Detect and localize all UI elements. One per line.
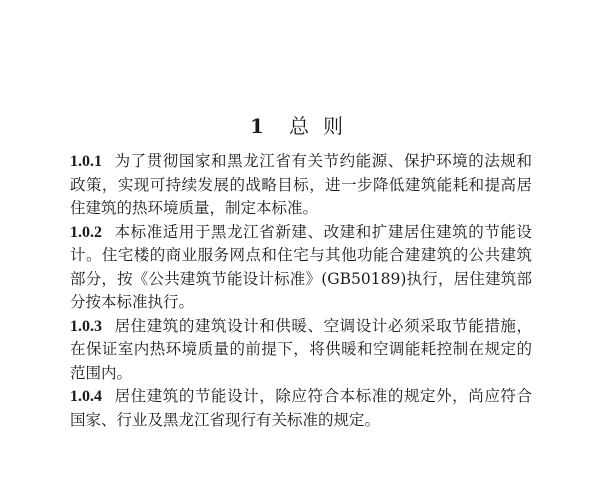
clause-text: 居住建筑的节能设计，除应符合本标准的规定外，尚应符合国家、行业及黑龙江省现行有关…: [70, 387, 532, 429]
document-page: 1总则 1.0.1为了贯彻国家和黑龙江省有关节约能源、保护环境的法规和政策，实现…: [0, 0, 600, 500]
chapter-body: 1.0.1为了贯彻国家和黑龙江省有关节约能源、保护环境的法规和政策，实现可持续发…: [70, 150, 532, 432]
chapter-title-char: 则: [323, 114, 343, 138]
clause-1-0-2: 1.0.2本标准适用于黑龙江省新建、改建和扩建居住建筑的节能设计。住宅楼的商业服…: [70, 221, 532, 315]
chapter-title-char: 总: [289, 114, 309, 138]
clause-1-0-3: 1.0.3居住建筑的建筑设计和供暖、空调设计必须采取节能措施，在保证室内热环境质…: [70, 315, 532, 386]
clause-text: 为了贯彻国家和黑龙江省有关节约能源、保护环境的法规和政策，实现可持续发展的战略目…: [70, 152, 532, 217]
clause-text: 居住建筑的建筑设计和供暖、空调设计必须采取节能措施，在保证室内热环境质量的前提下…: [70, 317, 532, 382]
clause-number: 1.0.4: [70, 388, 102, 405]
clause-1-0-4: 1.0.4居住建筑的节能设计，除应符合本标准的规定外，尚应符合国家、行业及黑龙江…: [70, 385, 532, 432]
chapter-title: 1总则: [0, 110, 600, 139]
clause-number: 1.0.2: [70, 224, 102, 241]
clause-number: 1.0.1: [70, 153, 102, 170]
clause-1-0-1: 1.0.1为了贯彻国家和黑龙江省有关节约能源、保护环境的法规和政策，实现可持续发…: [70, 150, 532, 221]
clause-text: 本标准适用于黑龙江省新建、改建和扩建居住建筑的节能设计。住宅楼的商业服务网点和住…: [70, 223, 532, 312]
clause-number: 1.0.3: [70, 318, 102, 335]
chapter-number: 1: [250, 114, 264, 138]
